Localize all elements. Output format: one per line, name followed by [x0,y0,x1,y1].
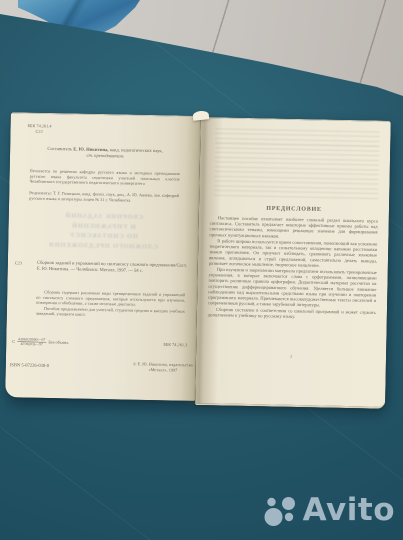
print-code-suffix: Без объявл. [48,340,69,346]
page-curl [192,110,209,121]
annotation-paragraph: Пособие предназначено для учителей, студ… [36,306,185,319]
udc-code-line: С23 [27,129,51,135]
reviewers-note: Рецензенты: Т. Г. Голицына, канд. филол.… [29,191,179,205]
avito-watermark: Avito [264,493,395,527]
preface-paragraph: Настоящее пособие охватывает наиболее сл… [209,215,377,241]
showthrough-lines [214,128,379,200]
avito-wordmark: Avito [303,495,395,526]
compiler-prefix: Составитель [47,146,72,151]
bbk-code-bottom: ББК 74.261.3 [163,342,187,348]
catalog-entry: Сборник заданий и упражнений по синтакси… [37,260,187,275]
print-code-fraction: 4306020000—97 4Г06(03)—97 [17,337,46,346]
isbn: ISBN 5-87226-038-8 [10,362,49,369]
compiler-name: Е. Ю. Никитина, [73,146,108,152]
catalog-card: С23 Сборник заданий и упражнений по синт… [15,259,190,274]
annotation-paragraph: Сборник содержит различные виды трениров… [36,290,185,309]
avito-logo-icon [264,493,298,527]
left-page: ББК 74.261.4 С23 Составитель Е. Ю. Никит… [5,112,201,401]
preface-heading: ПРЕДИСЛОВИЕ [199,203,389,214]
right-page: ПРЕДИСЛОВИЕ Настоящее пособие охватывает… [195,117,391,409]
print-run-code: С 4306020000—97 4Г06(03)—97 Без объявл. [12,337,69,347]
catalog-code: С23 [15,261,22,266]
page-number: 3 [196,352,386,361]
showthrough-title: СБОРНИК ЗАДАНИЙ И УПРАЖНЕНИЙ ПО СИНТАКСИ… [8,209,199,252]
preface-paragraph: Сборник составлен в соответствии со школ… [208,306,376,321]
print-code-prefix: С [12,339,15,344]
printed-by-note: Печатается по решению кафедры русского я… [29,169,179,188]
preface-text: Настоящее пособие охватывает наиболее сл… [208,215,378,321]
preface-paragraph: При изучении и закреплении материала пре… [208,267,377,310]
compiler-degree: канд. педагогических наук, [110,147,163,153]
bbk-code-top: ББК 74.261.4 С23 [27,124,51,135]
open-book: ББК 74.261.4 С23 Составитель Е. Ю. Никит… [3,106,395,409]
compiler-line: Составитель Е. Ю. Никитина, канд. педаго… [10,145,200,161]
annotation: Сборник содержит различные виды трениров… [36,290,186,320]
preface-paragraph: В работе широко используется прием сопос… [209,238,378,269]
copyright: © Е. Ю. Никитина, издательство «Металл»,… [133,362,193,374]
print-code-denominator: 4Г06(03)—97 [17,342,46,347]
